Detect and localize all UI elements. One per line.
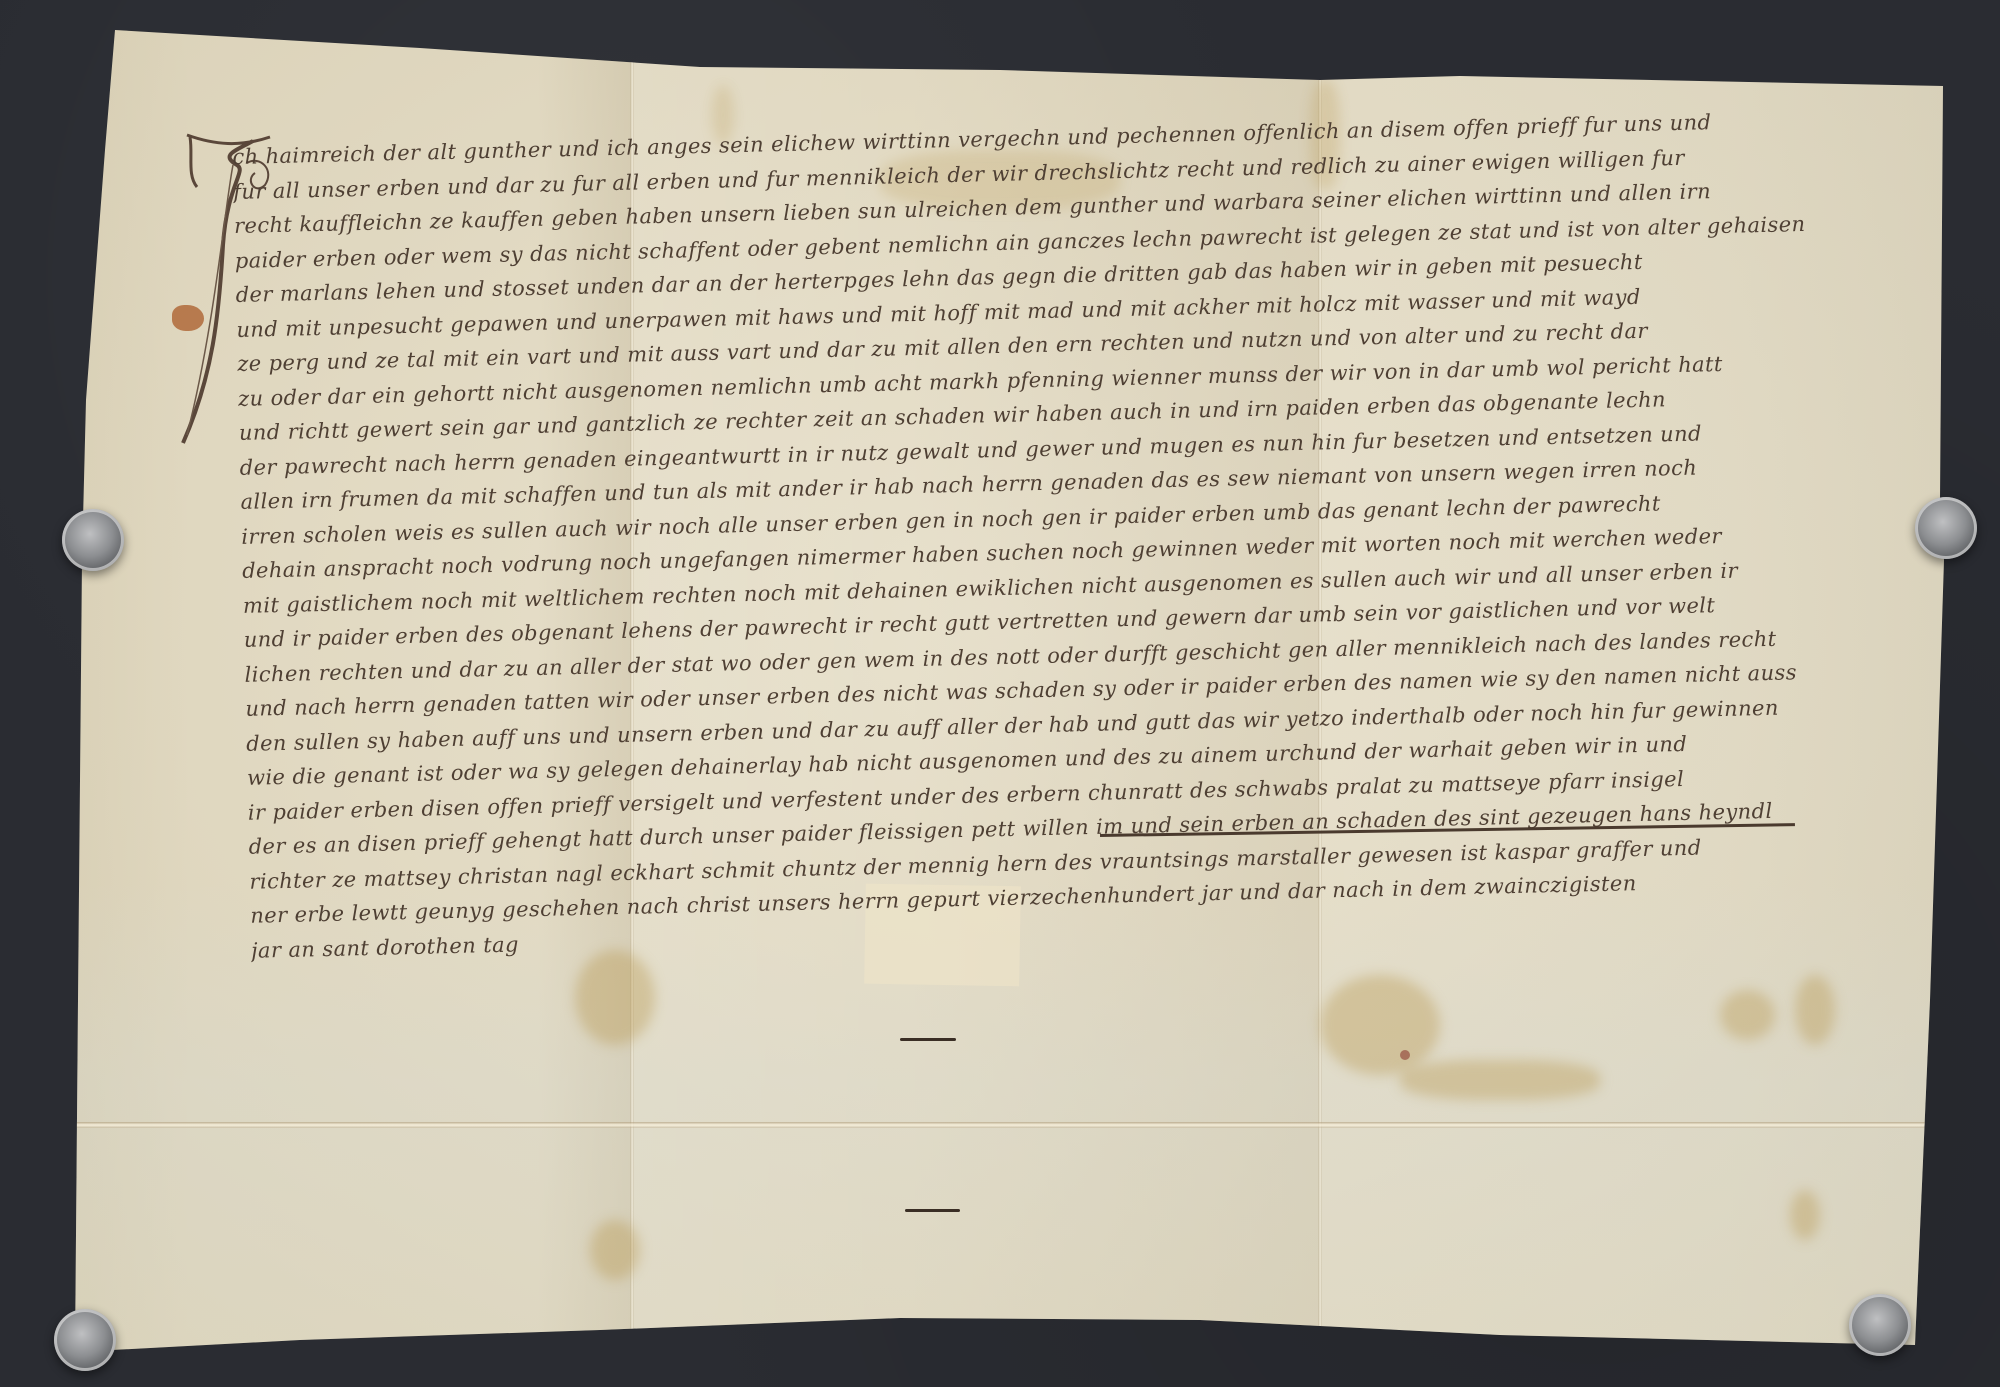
ink-dash-mark (900, 1038, 956, 1041)
metal-weight-bottom-right[interactable] (1849, 1294, 1911, 1356)
metal-weight-bottom-left[interactable] (54, 1309, 116, 1371)
water-stain (1790, 1190, 1820, 1240)
metal-weight-right[interactable] (1915, 497, 1977, 559)
horizontal-fold (75, 1122, 1935, 1128)
ink-dash-mark (905, 1209, 960, 1212)
water-stain (1795, 975, 1835, 1045)
water-stain (575, 950, 655, 1045)
water-stain (590, 1220, 640, 1280)
water-stain (1400, 1060, 1600, 1100)
red-dot (1400, 1050, 1410, 1060)
charter-text: ch haimreich der alt gunther und ich ang… (232, 100, 1961, 968)
water-stain (1720, 990, 1775, 1040)
metal-weight-left[interactable] (62, 509, 124, 571)
water-stain (1320, 975, 1440, 1075)
